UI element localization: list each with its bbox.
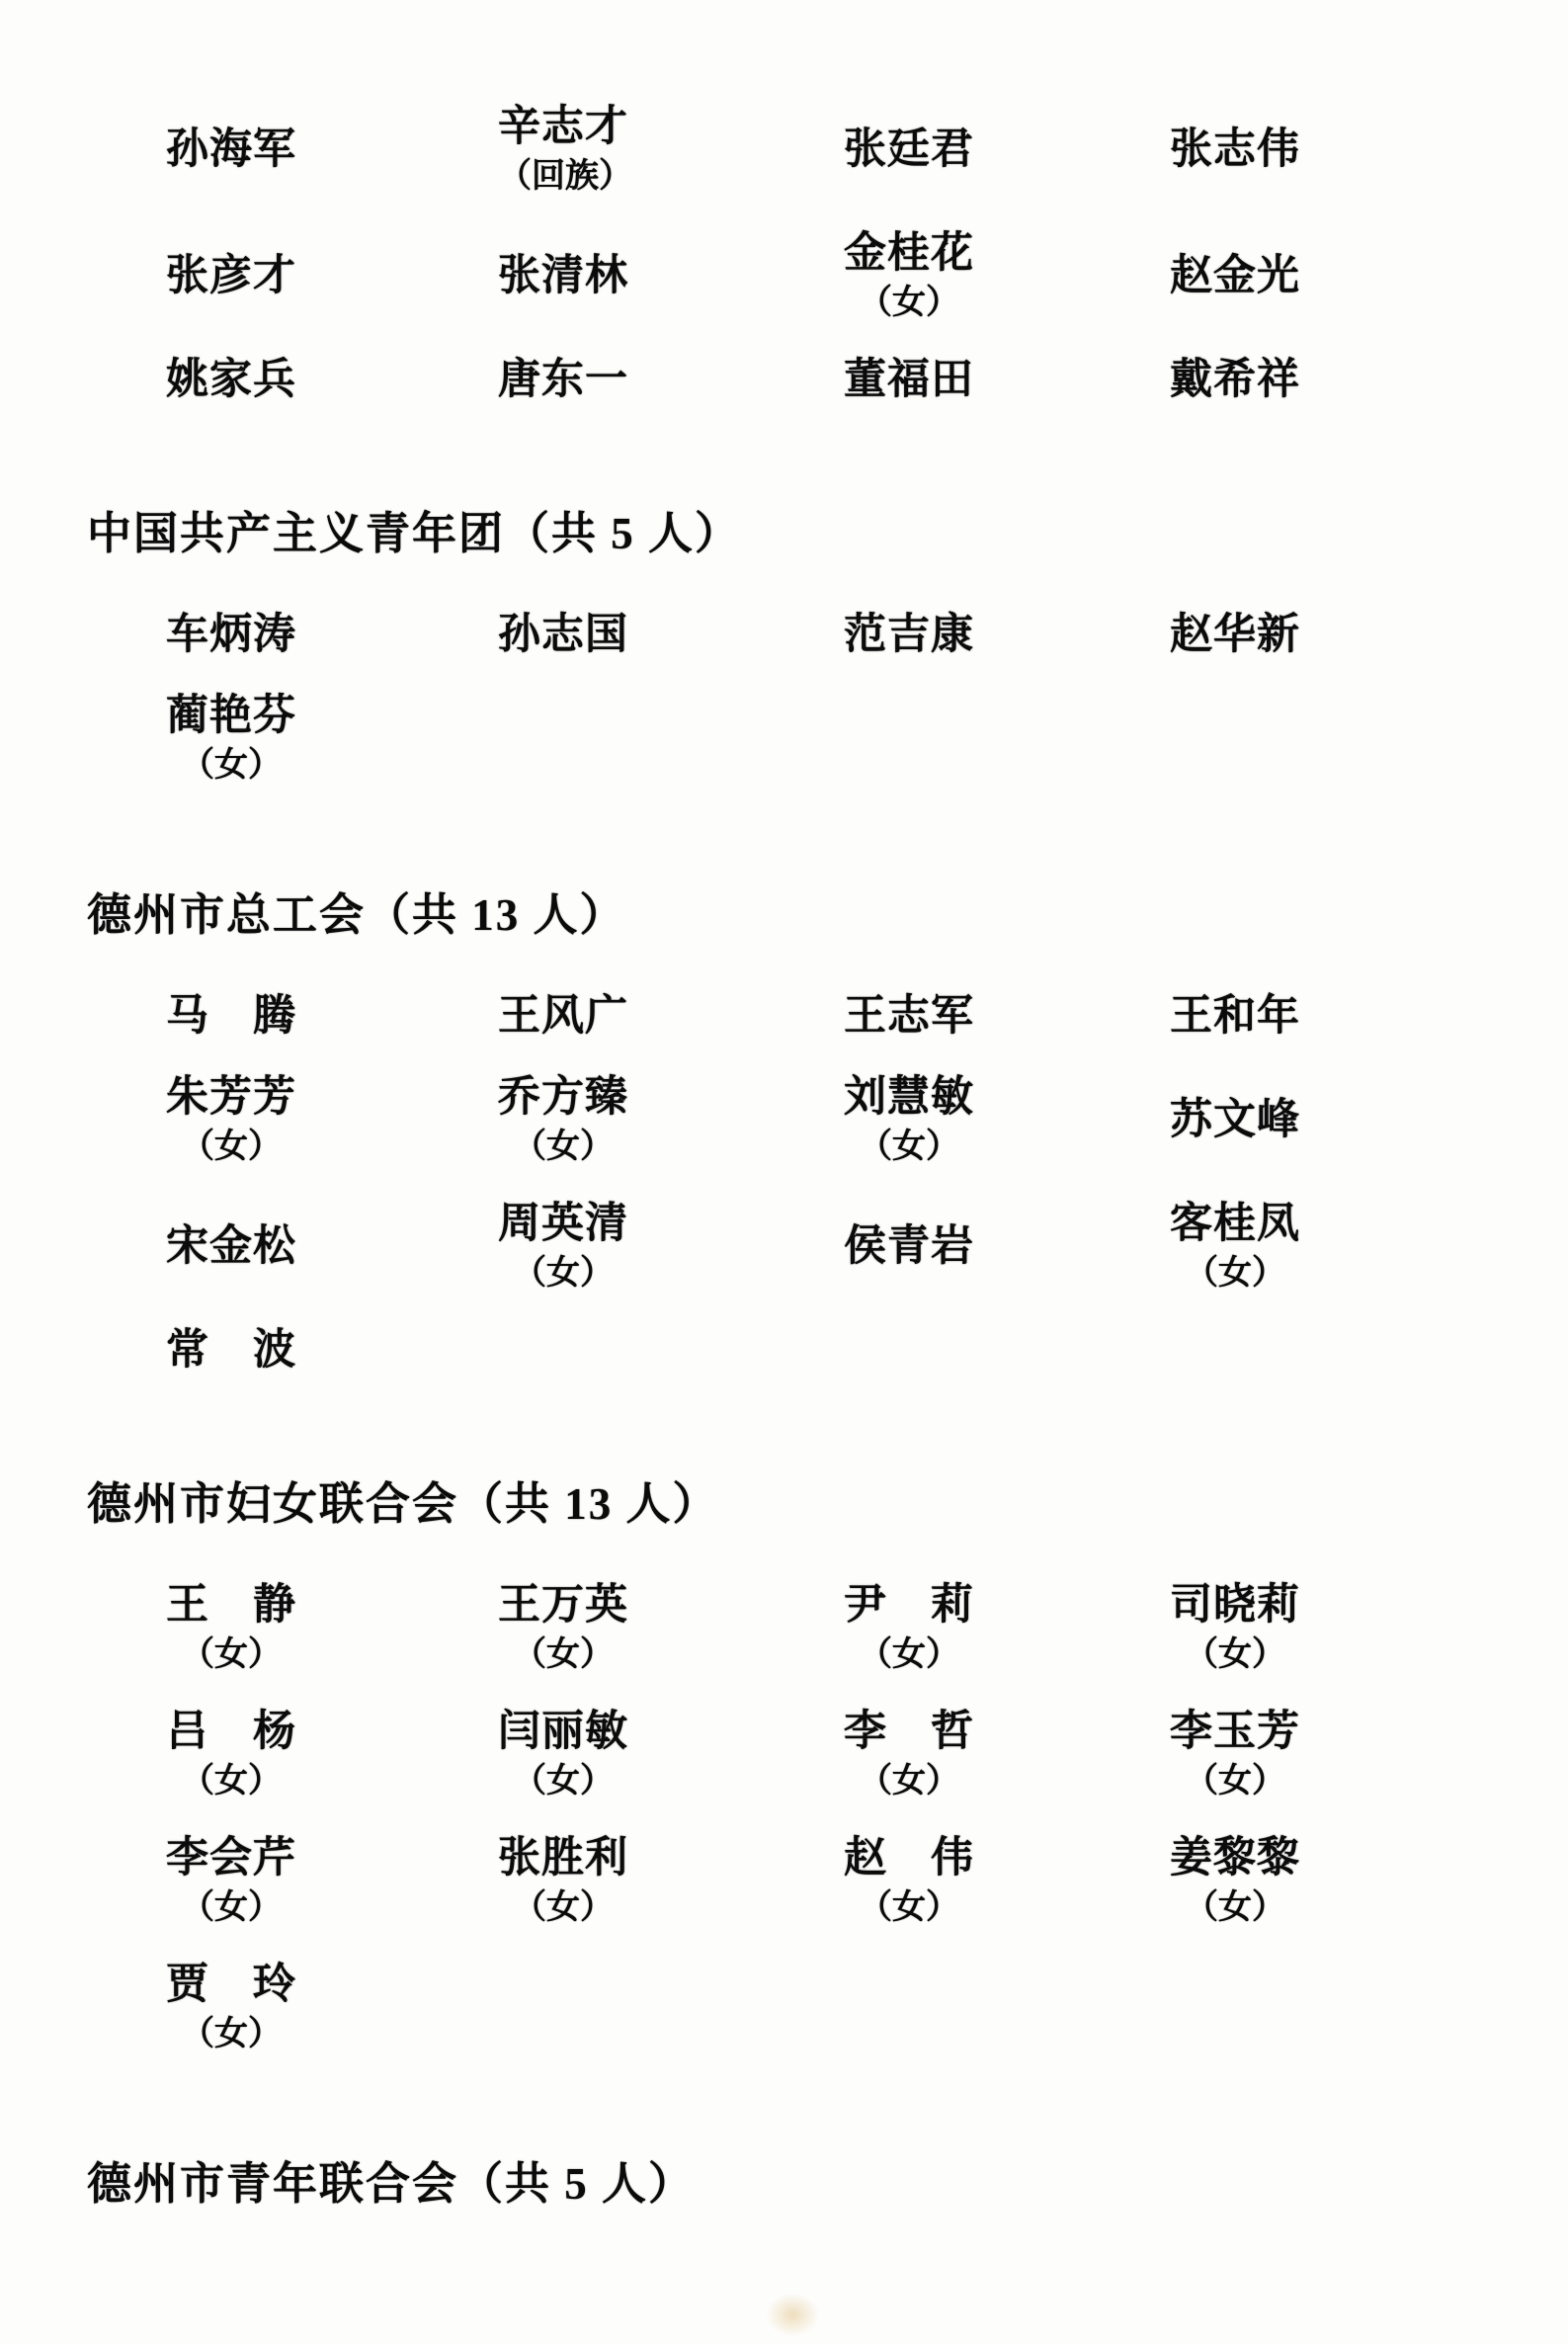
- name-slot: 张志伟: [1170, 124, 1300, 177]
- person-name: 侯青岩: [844, 1220, 974, 1274]
- name-slot: 李玉芳（女）: [1170, 1706, 1300, 1804]
- person-name: 赵金光: [1170, 250, 1300, 303]
- scan-smudge: [766, 2293, 820, 2337]
- name-slot: 张清林: [498, 250, 628, 303]
- person-name: 闫丽敏: [498, 1706, 628, 1759]
- name-note: （女）: [1170, 1251, 1300, 1297]
- name-row: 蔺艳芬（女）: [0, 690, 1568, 789]
- name-cell: 王风广: [498, 990, 628, 1044]
- name-slot: 王志军: [844, 990, 974, 1044]
- person-name: 苏文峰: [1170, 1094, 1300, 1147]
- person-name: 乔方臻: [498, 1071, 628, 1125]
- section-heading: 德州市青年联合会（共 5 人）: [87, 2156, 1568, 2212]
- name-cell: 苏文峰: [1170, 1094, 1300, 1147]
- name-row: 吕 杨（女）闫丽敏（女）李 哲（女）李玉芳（女）: [0, 1706, 1568, 1804]
- name-slot: 王和年: [1170, 990, 1300, 1044]
- person-name: 朱芳芳: [166, 1071, 296, 1125]
- name-cell: 刘慧敏（女）: [844, 1071, 974, 1170]
- name-row: 姚家兵唐东一董福田戴希祥: [0, 354, 1568, 407]
- name-slot: 姜黎黎（女）: [1170, 1832, 1300, 1931]
- name-note: （女）: [166, 1632, 296, 1678]
- person-name: 孙志国: [498, 609, 628, 662]
- name-cell: 董福田: [844, 354, 974, 407]
- person-name: 范吉康: [844, 609, 974, 662]
- document-page: 孙海军辛志才（回族）张廷君张志伟张彦才张清林金桂花（女）赵金光姚家兵唐东一董福田…: [0, 0, 1568, 2344]
- name-note: （女）: [498, 1759, 628, 1804]
- person-name: 李会芹: [166, 1832, 296, 1885]
- person-name: 王和年: [1170, 990, 1300, 1044]
- name-cell: 张胜利（女）: [498, 1832, 628, 1931]
- name-note: （女）: [498, 1251, 628, 1297]
- name-cell: 车炳涛: [166, 609, 296, 662]
- name-cell: 吕 杨（女）: [166, 1706, 296, 1804]
- name-note: （女）: [1170, 1885, 1300, 1931]
- name-slot: 朱芳芳（女）: [166, 1071, 296, 1170]
- person-name: 董福田: [844, 354, 974, 407]
- person-name: 周英清: [498, 1198, 628, 1251]
- name-cell: 李 哲（女）: [844, 1706, 974, 1804]
- name-slot: 赵华新: [1170, 609, 1300, 662]
- name-note: （回族）: [498, 154, 632, 200]
- name-slot: 刘慧敏（女）: [844, 1071, 974, 1170]
- person-name: 吕 杨: [166, 1706, 296, 1759]
- name-slot: 闫丽敏（女）: [498, 1706, 628, 1804]
- name-slot: 张彦才: [166, 250, 296, 303]
- name-note: （女）: [844, 1125, 974, 1170]
- name-cell: 客桂凤（女）: [1170, 1198, 1300, 1297]
- section-heading: 中国共产主义青年团（共 5 人）: [87, 506, 1568, 561]
- person-name: 张志伟: [1170, 124, 1300, 177]
- person-name: 李 哲: [844, 1706, 974, 1759]
- name-slot: 李 哲（女）: [844, 1706, 974, 1804]
- name-note: （女）: [166, 1885, 296, 1931]
- name-cell: 张彦才: [166, 250, 296, 303]
- name-note: （女）: [844, 1759, 974, 1804]
- name-cell: 王和年: [1170, 990, 1300, 1044]
- person-name: 车炳涛: [166, 609, 296, 662]
- name-slot: 周英清（女）: [498, 1198, 628, 1297]
- name-note: （女）: [498, 1632, 628, 1678]
- name-row: 常 波: [0, 1324, 1568, 1378]
- name-row: 张彦才张清林金桂花（女）赵金光: [0, 227, 1568, 326]
- name-note: （女）: [166, 1759, 296, 1804]
- name-slot: 辛志才（回族）: [498, 101, 632, 200]
- name-cell: 贾 玲（女）: [166, 1959, 296, 2057]
- name-slot: 乔方臻（女）: [498, 1071, 628, 1170]
- name-slot: 孙志国: [498, 609, 628, 662]
- name-cell: 司晓莉（女）: [1170, 1579, 1300, 1678]
- name-slot: 张胜利（女）: [498, 1832, 628, 1931]
- name-cell: 赵 伟（女）: [844, 1832, 974, 1931]
- name-cell: 孙志国: [498, 609, 628, 662]
- name-cell: 孙海军: [166, 124, 296, 177]
- name-slot: 董福田: [844, 354, 974, 407]
- name-note: （女）: [498, 1885, 628, 1931]
- person-name: 李玉芳: [1170, 1706, 1300, 1759]
- name-slot: 客桂凤（女）: [1170, 1198, 1300, 1297]
- person-name: 尹 莉: [844, 1579, 974, 1632]
- name-slot: 苏文峰: [1170, 1094, 1300, 1147]
- name-row: 王 静（女）王万英（女）尹 莉（女）司晓莉（女）: [0, 1579, 1568, 1678]
- person-name: 宋金松: [166, 1220, 296, 1274]
- name-row: 贾 玲（女）: [0, 1959, 1568, 2057]
- name-cell: 侯青岩: [844, 1220, 974, 1274]
- name-slot: 赵金光: [1170, 250, 1300, 303]
- name-cell: 戴希祥: [1170, 354, 1300, 407]
- section: 中国共产主义青年团（共 5 人）车炳涛孙志国范吉康赵华新蔺艳芬（女）: [0, 506, 1568, 789]
- name-slot: 尹 莉（女）: [844, 1579, 974, 1678]
- name-slot: 蔺艳芬（女）: [166, 690, 296, 789]
- person-name: 赵 伟: [844, 1832, 974, 1885]
- name-slot: 常 波: [166, 1324, 296, 1378]
- section: 孙海军辛志才（回族）张廷君张志伟张彦才张清林金桂花（女）赵金光姚家兵唐东一董福田…: [0, 101, 1568, 407]
- person-name: 赵华新: [1170, 609, 1300, 662]
- person-name: 孙海军: [166, 124, 296, 177]
- person-name: 张廷君: [844, 124, 974, 177]
- person-name: 王万英: [498, 1579, 628, 1632]
- name-note: （女）: [1170, 1759, 1300, 1804]
- person-name: 客桂凤: [1170, 1198, 1300, 1251]
- name-slot: 司晓莉（女）: [1170, 1579, 1300, 1678]
- name-slot: 宋金松: [166, 1220, 296, 1274]
- person-name: 刘慧敏: [844, 1071, 974, 1125]
- name-cell: 赵金光: [1170, 250, 1300, 303]
- section-heading: 德州市妇女联合会（共 13 人）: [87, 1476, 1568, 1532]
- person-name: 张清林: [498, 250, 628, 303]
- name-slot: 车炳涛: [166, 609, 296, 662]
- section: 德州市妇女联合会（共 13 人）王 静（女）王万英（女）尹 莉（女）司晓莉（女）…: [0, 1476, 1568, 2057]
- name-note: （女）: [844, 281, 974, 326]
- name-cell: 唐东一: [498, 354, 628, 407]
- name-cell: 李玉芳（女）: [1170, 1706, 1300, 1804]
- name-slot: 金桂花（女）: [844, 227, 974, 326]
- name-slot: 吕 杨（女）: [166, 1706, 296, 1804]
- name-note: （女）: [844, 1885, 974, 1931]
- name-row: 孙海军辛志才（回族）张廷君张志伟: [0, 101, 1568, 200]
- name-cell: 范吉康: [844, 609, 974, 662]
- name-cell: 赵华新: [1170, 609, 1300, 662]
- name-slot: 王 静（女）: [166, 1579, 296, 1678]
- name-note: （女）: [498, 1125, 628, 1170]
- person-name: 辛志才: [498, 101, 632, 154]
- name-slot: 唐东一: [498, 354, 628, 407]
- name-row: 朱芳芳（女）乔方臻（女）刘慧敏（女）苏文峰: [0, 1071, 1568, 1170]
- section: 德州市总工会（共 13 人）马 腾王风广王志军王和年朱芳芳（女）乔方臻（女）刘慧…: [0, 887, 1568, 1378]
- name-cell: 姜黎黎（女）: [1170, 1832, 1300, 1931]
- person-name: 贾 玲: [166, 1959, 296, 2012]
- name-slot: 孙海军: [166, 124, 296, 177]
- name-cell: 尹 莉（女）: [844, 1579, 974, 1678]
- name-slot: 王风广: [498, 990, 628, 1044]
- name-cell: 金桂花（女）: [844, 227, 974, 326]
- name-row: 李会芹（女）张胜利（女）赵 伟（女）姜黎黎（女）: [0, 1832, 1568, 1931]
- person-name: 王 静: [166, 1579, 296, 1632]
- person-name: 戴希祥: [1170, 354, 1300, 407]
- name-cell: 王万英（女）: [498, 1579, 628, 1678]
- name-slot: 贾 玲（女）: [166, 1959, 296, 2057]
- name-cell: 宋金松: [166, 1220, 296, 1274]
- name-slot: 张廷君: [844, 124, 974, 177]
- name-slot: 赵 伟（女）: [844, 1832, 974, 1931]
- section: 德州市青年联合会（共 5 人）: [0, 2156, 1568, 2212]
- section-heading: 德州市总工会（共 13 人）: [87, 887, 1568, 943]
- person-name: 张胜利: [498, 1832, 628, 1885]
- name-note: （女）: [166, 1125, 296, 1170]
- name-slot: 李会芹（女）: [166, 1832, 296, 1931]
- name-slot: 戴希祥: [1170, 354, 1300, 407]
- name-row: 宋金松周英清（女）侯青岩客桂凤（女）: [0, 1198, 1568, 1297]
- name-cell: 辛志才（回族）: [498, 101, 632, 200]
- name-cell: 马 腾: [166, 990, 296, 1044]
- name-row: 马 腾王风广王志军王和年: [0, 990, 1568, 1044]
- name-cell: 常 波: [166, 1324, 296, 1378]
- name-row: 车炳涛孙志国范吉康赵华新: [0, 609, 1568, 662]
- name-slot: 范吉康: [844, 609, 974, 662]
- name-slot: 马 腾: [166, 990, 296, 1044]
- sections: 孙海军辛志才（回族）张廷君张志伟张彦才张清林金桂花（女）赵金光姚家兵唐东一董福田…: [0, 0, 1568, 2212]
- person-name: 姚家兵: [166, 354, 296, 407]
- person-name: 姜黎黎: [1170, 1832, 1300, 1885]
- person-name: 王志军: [844, 990, 974, 1044]
- person-name: 金桂花: [844, 227, 974, 281]
- name-slot: 姚家兵: [166, 354, 296, 407]
- name-cell: 张廷君: [844, 124, 974, 177]
- name-cell: 张志伟: [1170, 124, 1300, 177]
- name-cell: 王志军: [844, 990, 974, 1044]
- person-name: 王风广: [498, 990, 628, 1044]
- name-cell: 周英清（女）: [498, 1198, 628, 1297]
- person-name: 司晓莉: [1170, 1579, 1300, 1632]
- name-cell: 姚家兵: [166, 354, 296, 407]
- name-cell: 王 静（女）: [166, 1579, 296, 1678]
- name-cell: 蔺艳芬（女）: [166, 690, 296, 789]
- name-cell: 李会芹（女）: [166, 1832, 296, 1931]
- name-cell: 闫丽敏（女）: [498, 1706, 628, 1804]
- name-note: （女）: [844, 1632, 974, 1678]
- name-slot: 侯青岩: [844, 1220, 974, 1274]
- person-name: 马 腾: [166, 990, 296, 1044]
- person-name: 张彦才: [166, 250, 296, 303]
- name-slot: 王万英（女）: [498, 1579, 628, 1678]
- name-cell: 朱芳芳（女）: [166, 1071, 296, 1170]
- person-name: 常 波: [166, 1324, 296, 1378]
- name-note: （女）: [1170, 1632, 1300, 1678]
- person-name: 唐东一: [498, 354, 628, 407]
- name-cell: 乔方臻（女）: [498, 1071, 628, 1170]
- name-cell: 张清林: [498, 250, 628, 303]
- person-name: 蔺艳芬: [166, 690, 296, 743]
- name-note: （女）: [166, 2012, 296, 2057]
- name-note: （女）: [166, 743, 296, 789]
